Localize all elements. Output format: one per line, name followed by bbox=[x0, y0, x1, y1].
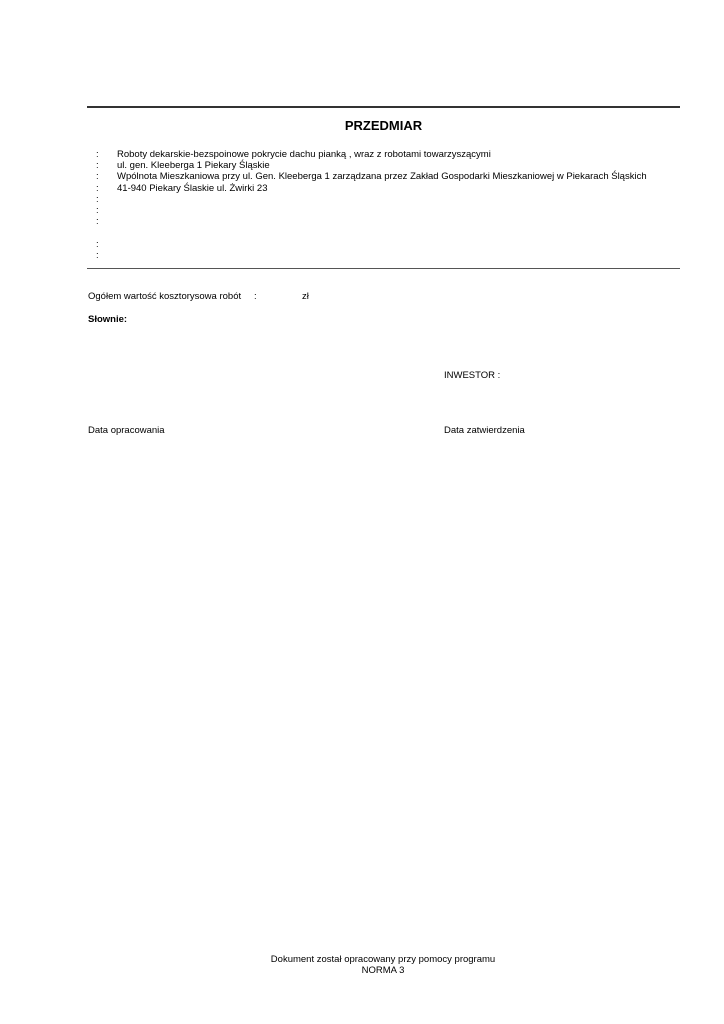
info-row-empty: : bbox=[96, 194, 647, 205]
footer-line-2: NORMA 3 bbox=[200, 965, 566, 976]
info-text: 41-940 Piekary Ślaskie ul. Żwirki 23 bbox=[117, 183, 267, 194]
info-separator: : bbox=[96, 149, 117, 160]
footer-note: Dokument został opracowany przy pomocy p… bbox=[200, 954, 566, 976]
info-row-investor-address: : 41-940 Piekary Ślaskie ul. Żwirki 23 bbox=[96, 183, 647, 194]
info-row-work-name: : Roboty dekarskie-bezspoinowe pokrycie … bbox=[96, 149, 647, 160]
info-row-empty: : bbox=[96, 216, 647, 227]
info-separator: : bbox=[96, 216, 117, 227]
in-words-label: Słownie: bbox=[88, 314, 127, 325]
info-text: Roboty dekarskie-bezspoinowe pokrycie da… bbox=[117, 149, 491, 160]
investor-label: INWESTOR : bbox=[444, 370, 500, 381]
approval-date-label: Data zatwierdzenia bbox=[444, 425, 525, 436]
info-separator: : bbox=[96, 205, 117, 216]
info-separator: : bbox=[96, 183, 117, 194]
info-separator: : bbox=[96, 194, 117, 205]
total-value-separator: : bbox=[254, 291, 257, 302]
info-row-empty: : bbox=[96, 205, 647, 216]
info-text: Wpólnota Mieszkaniowa przy ul. Gen. Klee… bbox=[117, 171, 647, 182]
info-row-empty: : bbox=[96, 239, 647, 250]
info-separator: : bbox=[96, 160, 117, 171]
prepared-date-label: Data opracowania bbox=[88, 425, 165, 436]
info-text: ul. gen. Kleeberga 1 Piekary Śląskie bbox=[117, 160, 270, 171]
info-row-address: : ul. gen. Kleeberga 1 Piekary Śląskie bbox=[96, 160, 647, 171]
currency-label: zł bbox=[302, 291, 309, 302]
info-separator: : bbox=[96, 239, 117, 250]
project-info: : Roboty dekarskie-bezspoinowe pokrycie … bbox=[96, 149, 647, 261]
info-separator: : bbox=[96, 171, 117, 182]
total-value-label: Ogółem wartość kosztorysowa robót bbox=[88, 291, 241, 302]
info-separator: : bbox=[96, 250, 117, 261]
header-bottom-rule bbox=[87, 268, 680, 269]
header-top-rule bbox=[87, 106, 680, 108]
info-row-empty: : bbox=[96, 250, 647, 261]
document-title: PRZEDMIAR bbox=[87, 118, 680, 133]
info-row-investor: : Wpólnota Mieszkaniowa przy ul. Gen. Kl… bbox=[96, 171, 647, 182]
footer-line-1: Dokument został opracowany przy pomocy p… bbox=[200, 954, 566, 965]
